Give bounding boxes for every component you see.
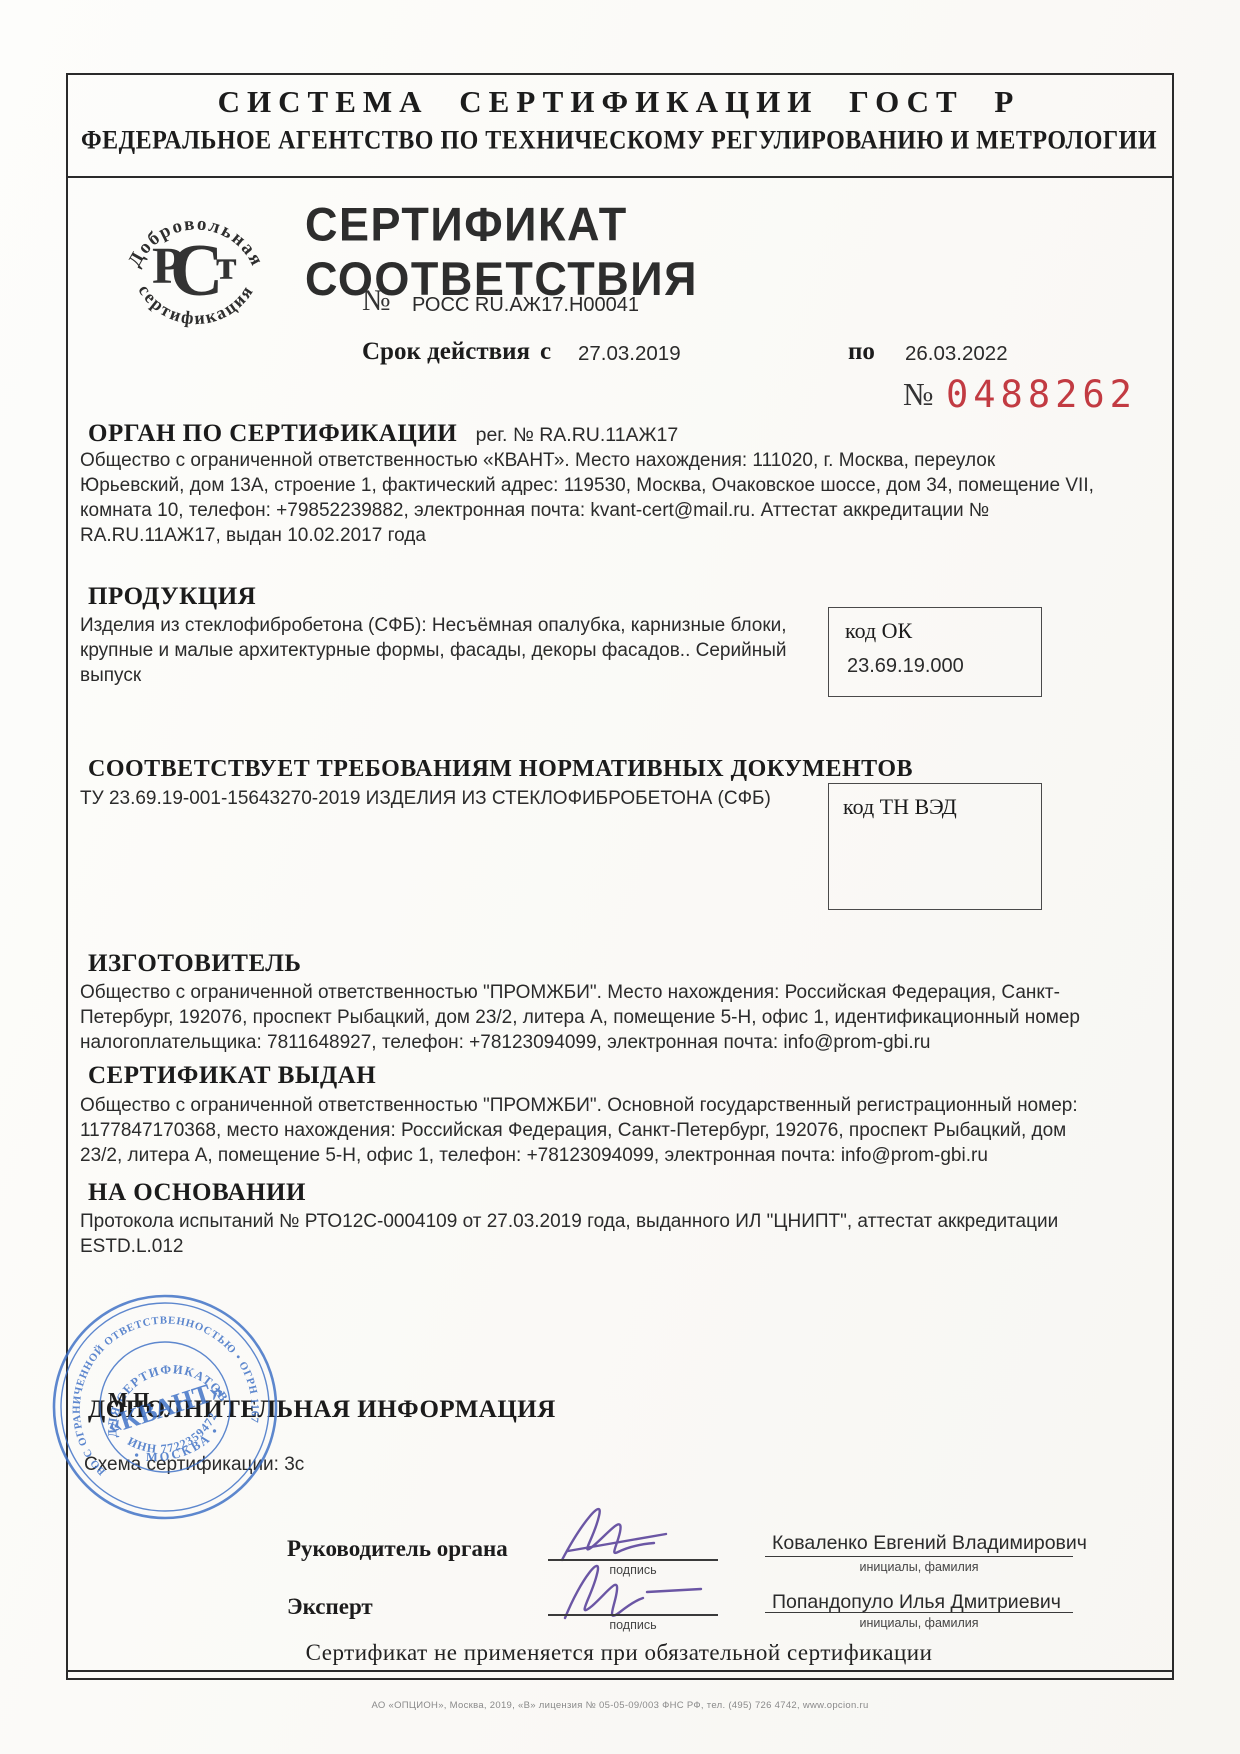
expert-name: Попандопуло Илья Дмитриевич xyxy=(772,1591,1061,1614)
validity-to-label: по xyxy=(848,338,875,366)
code-ok-box: код ОК 23.69.19.000 xyxy=(828,607,1042,697)
agency-title: ФЕДЕРАЛЬНОЕ АГЕНТСТВО ПО ТЕХНИЧЕСКОМУ РЕ… xyxy=(66,127,1172,156)
validity-label: Срок действия xyxy=(362,338,530,366)
expert-sign-caption: подпись xyxy=(558,1618,708,1632)
head-name: Коваленко Евгений Владимирович xyxy=(772,1532,1087,1555)
validity-from-label: с xyxy=(540,338,551,366)
manufacturer-heading: ИЗГОТОВИТЕЛЬ xyxy=(88,950,301,978)
validity-to-date: 26.03.2022 xyxy=(905,341,1008,366)
certification-body-heading: ОРГАН ПО СЕРТИФИКАЦИИ xyxy=(88,420,457,447)
code-tnved-label: код ТН ВЭД xyxy=(843,794,1041,820)
rst-mark-t: т xyxy=(216,243,237,289)
imprint-line: АО «ОПЦИОН», Москва, 2019, «В» лицензия … xyxy=(0,1700,1240,1711)
code-tnved-box: код ТН ВЭД xyxy=(828,783,1042,910)
cert-number-sign: № xyxy=(362,284,391,318)
certificate-page: СИСТЕМА СЕРТИФИКАЦИИ ГОСТ Р ФЕДЕРАЛЬНОЕ … xyxy=(0,0,1240,1754)
certification-body-reg: рег. № RA.RU.11АЖ17 xyxy=(476,424,679,446)
product-heading: ПРОДУКЦИЯ xyxy=(88,583,256,611)
issued-to-heading: СЕРТИФИКАТ ВЫДАН xyxy=(88,1062,376,1090)
rst-logo: Добровольная сертификация Р С т xyxy=(110,180,282,342)
head-name-caption: инициалы, фамилия xyxy=(765,1560,1073,1574)
manufacturer-text: Общество с ограниченной ответственностью… xyxy=(80,980,1098,1055)
certification-body-heading-row: ОРГАН ПО СЕРТИФИКАЦИИ рег. № RA.RU.11АЖ1… xyxy=(88,420,678,448)
product-text: Изделия из стеклофибробетона (СФБ): Несъ… xyxy=(80,613,800,688)
conformity-text: ТУ 23.69.19-001-15643270-2019 ИЗДЕЛИЯ ИЗ… xyxy=(80,786,820,811)
system-title: СИСТЕМА СЕРТИФИКАЦИИ ГОСТ Р xyxy=(66,84,1172,120)
basis-heading: НА ОСНОВАНИИ xyxy=(88,1179,306,1207)
form-number-value: 0488262 xyxy=(946,373,1137,416)
head-name-line xyxy=(765,1556,1073,1557)
basis-text: Протокола испытаний № РТО12С-0004109 от … xyxy=(80,1209,1098,1259)
cert-number-value: РОСС RU.АЖ17.Н00041 xyxy=(412,293,639,318)
expert-signature-line xyxy=(548,1614,718,1616)
doc-title: СЕРТИФИКАТ СООТВЕТСТВИЯ xyxy=(305,197,1025,306)
expert-name-line xyxy=(765,1612,1073,1613)
code-ok-value: 23.69.19.000 xyxy=(847,654,1041,679)
mp-label: М.П. xyxy=(108,1388,155,1413)
form-number-sign: № xyxy=(903,376,934,413)
footer-note: Сертификат не применяется при обязательн… xyxy=(66,1640,1172,1666)
code-ok-label: код ОК xyxy=(845,618,1041,644)
footer-divider xyxy=(66,1670,1172,1672)
issued-to-text: Общество с ограниченной ответственностью… xyxy=(80,1093,1098,1168)
conformity-heading: СООТВЕТСТВУЕТ ТРЕБОВАНИЯМ НОРМАТИВНЫХ ДО… xyxy=(88,756,913,783)
certification-body-text: Общество с ограниченной ответственностью… xyxy=(80,448,1098,548)
header-divider xyxy=(66,176,1172,178)
validity-from-date: 27.03.2019 xyxy=(578,341,681,366)
head-role-label: Руководитель органа xyxy=(287,1536,508,1562)
expert-name-caption: инициалы, фамилия xyxy=(765,1616,1073,1630)
expert-role-label: Эксперт xyxy=(287,1594,373,1620)
